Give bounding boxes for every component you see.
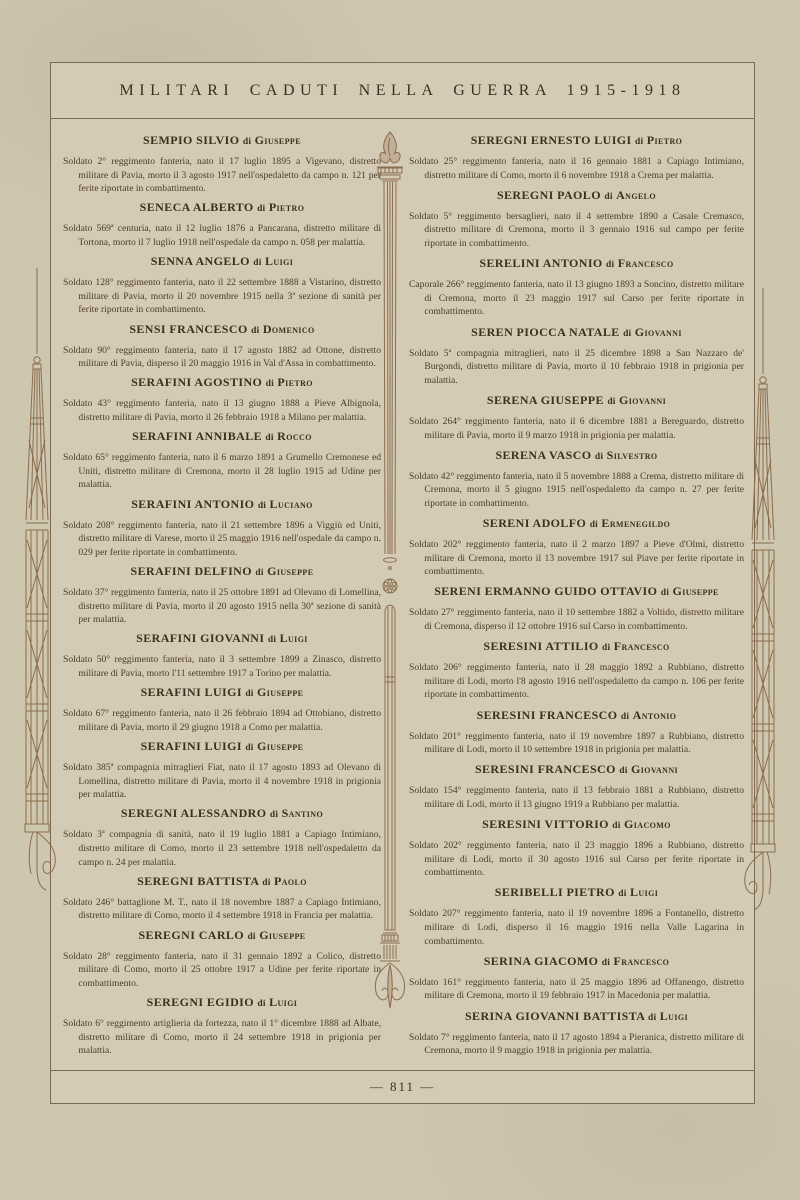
soldier-entry: SERENI ADOLFO di Ermenegildo Soldato 202… — [409, 516, 744, 579]
name-connector: di — [247, 932, 255, 942]
soldier-name: SEREGNI EGIDIO — [147, 995, 254, 1009]
soldier-record-text: Soldato 201° reggimento fanteria, nato i… — [409, 730, 744, 757]
soldier-name: SENSI FRANCESCO — [129, 322, 247, 336]
soldier-entry: SENSI FRANCESCO di Domenico Soldato 90° … — [63, 322, 381, 371]
right-column: SEREGNI ERNESTO LUIGI di Pietro Soldato … — [409, 133, 744, 1058]
name-connector: di — [606, 260, 614, 270]
father-name: Luigi — [265, 254, 293, 268]
soldier-name-heading: SEREGNI PAOLO di Angelo — [409, 188, 744, 203]
soldier-record-text: Soldato 5ª compagnia mitraglieri, nato i… — [409, 347, 744, 388]
footer-band: — 811 — — [51, 1070, 754, 1103]
name-connector: di — [604, 192, 612, 202]
father-name: Santino — [282, 806, 323, 820]
father-name: Antonio — [633, 708, 677, 722]
soldier-name-heading: SEREN PIOCCA NATALE di Giovanni — [409, 325, 744, 340]
soldier-entry: SERINA GIACOMO di Francesco Soldato 161°… — [409, 954, 744, 1003]
scanned-paper-background: MILITARI CADUTI NELLA GUERRA 1915-1918 S… — [0, 0, 800, 1200]
soldier-record-text: Soldato 67° reggimento fanteria, nato il… — [63, 707, 381, 734]
soldier-entry: SENECA ALBERTO di Pietro Soldato 569ª ce… — [63, 200, 381, 249]
father-name: Luciano — [270, 497, 313, 511]
soldier-name: SERESINI FRANCESCO — [475, 762, 616, 776]
soldier-record-text: Soldato 202° reggimento fanteria, nato i… — [409, 538, 744, 579]
father-name: Pietro — [269, 200, 305, 214]
soldier-record-text: Soldato 7° reggimento fanteria, nato il … — [409, 1031, 744, 1058]
soldier-entry: SERAFINI LUIGI di Giuseppe Soldato 385ª … — [63, 739, 381, 802]
father-name: Francesco — [614, 639, 670, 653]
soldier-name-heading: SERELINI ANTONIO di Francesco — [409, 256, 744, 271]
soldier-name-heading: SERAFINI AGOSTINO di Pietro — [63, 375, 381, 390]
father-name: Ermenegildo — [601, 516, 670, 530]
soldier-record-text: Soldato 50° reggimento fanteria, nato il… — [63, 653, 381, 680]
father-name: Giacomo — [624, 817, 671, 831]
father-name: Paolo — [274, 874, 307, 888]
name-connector: di — [257, 204, 265, 214]
soldier-name-heading: SERAFINI ANNIBALE di Rocco — [63, 429, 381, 444]
page-title: MILITARI CADUTI NELLA GUERRA 1915-1918 — [120, 82, 686, 100]
soldier-entry: SENNA ANGELO di Luigi Soldato 128° reggi… — [63, 254, 381, 317]
soldier-name-heading: SENSI FRANCESCO di Domenico — [63, 322, 381, 337]
soldier-record-text: Soldato 37° reggimento fanteria, nato il… — [63, 586, 381, 627]
soldier-record-text: Soldato 206° reggimento fanteria, nato i… — [409, 661, 744, 702]
soldier-record-text: Soldato 43° reggimento fanteria, nato il… — [63, 397, 381, 424]
name-connector: di — [266, 379, 274, 389]
soldier-record-text: Soldato 128° reggimento fanteria, nato i… — [63, 276, 381, 317]
soldier-name-heading: SEREGNI ERNESTO LUIGI di Pietro — [409, 133, 744, 148]
soldier-name: SERESINI VITTORIO — [482, 817, 609, 831]
soldier-name: SERESINI FRANCESCO — [477, 708, 618, 722]
soldier-record-text: Soldato 6° reggimento artiglieria da for… — [63, 1017, 381, 1058]
soldier-name: SERAFINI AGOSTINO — [131, 375, 262, 389]
soldier-name: SERAFINI GIOVANNI — [136, 631, 264, 645]
father-name: Luigi — [269, 995, 297, 1009]
soldier-name: SERELINI ANTONIO — [479, 256, 602, 270]
father-name: Pietro — [277, 375, 313, 389]
soldier-entry: SERESINI FRANCESCO di Antonio Soldato 20… — [409, 708, 744, 757]
page-frame: MILITARI CADUTI NELLA GUERRA 1915-1918 S… — [50, 62, 755, 1104]
name-connector: di — [619, 766, 627, 776]
soldier-record-text: Soldato 5° reggimento bersaglieri, nato … — [409, 210, 744, 251]
soldier-entry: SEREGNI PAOLO di Angelo Soldato 5° reggi… — [409, 188, 744, 251]
soldier-record-text: Soldato 154° reggimento fanteria, nato i… — [409, 784, 744, 811]
soldier-name: SENECA ALBERTO — [140, 200, 254, 214]
father-name: Giovanni — [631, 762, 678, 776]
soldier-record-text: Soldato 28° reggimento fanteria, nato il… — [63, 950, 381, 991]
soldier-name: SERAFINI DELFINO — [131, 564, 252, 578]
soldier-record-text: Soldato 202° reggimento fanteria, nato i… — [409, 839, 744, 880]
page-content: SEMPIO SILVIO di Giuseppe Soldato 2° reg… — [51, 119, 754, 1070]
name-connector: di — [255, 568, 263, 578]
soldier-entry: SERAFINI AGOSTINO di Pietro Soldato 43° … — [63, 375, 381, 424]
soldier-name-heading: SERESINI VITTORIO di Giacomo — [409, 817, 744, 832]
father-name: Pietro — [647, 133, 683, 147]
soldier-entry: SEREGNI ALESSANDRO di Santino Soldato 3ª… — [63, 806, 381, 869]
soldier-entry: SERAFINI GIOVANNI di Luigi Soldato 50° r… — [63, 631, 381, 680]
soldier-name: SENNA ANGELO — [151, 254, 250, 268]
name-connector: di — [258, 501, 266, 511]
father-name: Giuseppe — [259, 928, 305, 942]
soldier-name: SERENA GIUSEPPE — [487, 393, 604, 407]
father-name: Luigi — [660, 1009, 688, 1023]
name-connector: di — [251, 326, 259, 336]
soldier-name-heading: SERESINI ATTILIO di Francesco — [409, 639, 744, 654]
soldier-name-heading: SERESINI FRANCESCO di Giovanni — [409, 762, 744, 777]
name-connector: di — [612, 821, 620, 831]
left-column: SEMPIO SILVIO di Giuseppe Soldato 2° reg… — [63, 133, 381, 1058]
soldier-record-text: Soldato 569ª centuria, nato il 12 luglio… — [63, 222, 381, 249]
father-name: Angelo — [616, 188, 656, 202]
name-connector: di — [270, 810, 278, 820]
soldier-name-heading: SERENI ADOLFO di Ermenegildo — [409, 516, 744, 531]
soldier-record-text: Soldato 385ª compagnia mitraglieri Fiat,… — [63, 761, 381, 802]
soldier-entry: SEREGNI EGIDIO di Luigi Soldato 6° reggi… — [63, 995, 381, 1058]
soldier-name-heading: SERAFINI ANTONIO di Luciano — [63, 497, 381, 512]
name-connector: di — [265, 433, 273, 443]
father-name: Domenico — [263, 322, 315, 336]
soldier-name: SERESINI ATTILIO — [483, 639, 598, 653]
name-connector: di — [607, 397, 615, 407]
soldier-name-heading: SEREGNI EGIDIO di Luigi — [63, 995, 381, 1010]
soldier-name: SERAFINI LUIGI — [141, 739, 242, 753]
soldier-name: SERENI ERMANNO GUIDO OTTAVIO — [434, 584, 657, 598]
soldier-entry: SEREN PIOCCA NATALE di Giovanni Soldato … — [409, 325, 744, 388]
father-name: Giuseppe — [255, 133, 301, 147]
soldier-record-text: Soldato 2° reggimento fanteria, nato il … — [63, 155, 381, 196]
name-connector: di — [602, 643, 610, 653]
soldier-record-text: Soldato 27° reggimento fanteria, nato il… — [409, 606, 744, 633]
soldier-entry: SEREGNI ERNESTO LUIGI di Pietro Soldato … — [409, 133, 744, 182]
father-name: Giovanni — [635, 325, 682, 339]
soldier-name: SERAFINI ANNIBALE — [132, 429, 262, 443]
soldier-record-text: Soldato 246° battaglione M. T., nato il … — [63, 896, 381, 923]
father-name: Giuseppe — [257, 685, 303, 699]
soldier-name-heading: SERAFINI LUIGI di Giuseppe — [63, 739, 381, 754]
soldier-name-heading: SEREGNI BATTISTA di Paolo — [63, 874, 381, 889]
name-connector: di — [621, 712, 629, 722]
soldier-name-heading: SENNA ANGELO di Luigi — [63, 254, 381, 269]
name-connector: di — [623, 329, 631, 339]
soldier-entry: SERAFINI ANNIBALE di Rocco Soldato 65° r… — [63, 429, 381, 492]
soldier-name: SEREGNI BATTISTA — [137, 874, 259, 888]
soldier-name: SEREN PIOCCA NATALE — [471, 325, 620, 339]
father-name: Giuseppe — [672, 584, 718, 598]
soldier-entry: SERIBELLI PIETRO di Luigi Soldato 207° r… — [409, 885, 744, 948]
name-connector: di — [595, 452, 603, 462]
soldier-entry: SEREGNI CARLO di Giuseppe Soldato 28° re… — [63, 928, 381, 991]
soldier-entry: SERESINI VITTORIO di Giacomo Soldato 202… — [409, 817, 744, 880]
soldier-record-text: Soldato 208° reggimento fanteria, nato i… — [63, 519, 381, 560]
father-name: Luigi — [630, 885, 658, 899]
soldier-name: SERENA VASCO — [495, 448, 591, 462]
soldier-record-text: Soldato 65° reggimento fanteria, nato il… — [63, 451, 381, 492]
soldier-entry: SERAFINI ANTONIO di Luciano Soldato 208°… — [63, 497, 381, 560]
name-connector: di — [648, 1013, 656, 1023]
soldier-entry: SERINA GIOVANNI BATTISTA di Luigi Soldat… — [409, 1009, 744, 1058]
soldier-record-text: Soldato 42° reggimento fanteria, nato il… — [409, 470, 744, 511]
soldier-name-heading: SERAFINI DELFINO di Giuseppe — [63, 564, 381, 579]
soldier-record-text: Soldato 3ª compagnia di sanità, nato il … — [63, 828, 381, 869]
soldier-entry: SERESINI ATTILIO di Francesco Soldato 20… — [409, 639, 744, 702]
soldier-record-text: Soldato 25° reggimento fanteria, nato il… — [409, 155, 744, 182]
name-connector: di — [268, 635, 276, 645]
name-connector: di — [602, 958, 610, 968]
soldier-name-heading: SERINA GIACOMO di Francesco — [409, 954, 744, 969]
father-name: Francesco — [618, 256, 674, 270]
soldier-name: SEREGNI ALESSANDRO — [121, 806, 267, 820]
father-name: Giovanni — [619, 393, 666, 407]
soldier-name-heading: SERENA VASCO di Silvestro — [409, 448, 744, 463]
soldier-name: SERAFINI LUIGI — [141, 685, 242, 699]
soldier-record-text: Soldato 264° reggimento fanteria, nato i… — [409, 415, 744, 442]
soldier-name-heading: SERAFINI LUIGI di Giuseppe — [63, 685, 381, 700]
header-band: MILITARI CADUTI NELLA GUERRA 1915-1918 — [51, 63, 754, 119]
soldier-name: SERINA GIACOMO — [484, 954, 599, 968]
soldier-name: SERENI ADOLFO — [483, 516, 587, 530]
soldier-entry: SERENA GIUSEPPE di Giovanni Soldato 264°… — [409, 393, 744, 442]
father-name: Francesco — [613, 954, 669, 968]
soldier-record-text: Soldato 207° reggimento fanteria, nato i… — [409, 907, 744, 948]
soldier-name-heading: SERENA GIUSEPPE di Giovanni — [409, 393, 744, 408]
soldier-name-heading: SEMPIO SILVIO di Giuseppe — [63, 133, 381, 148]
soldier-name-heading: SERAFINI GIOVANNI di Luigi — [63, 631, 381, 646]
soldier-entry: SERESINI FRANCESCO di Giovanni Soldato 1… — [409, 762, 744, 811]
soldier-name: SERIBELLI PIETRO — [495, 885, 615, 899]
name-connector: di — [257, 999, 265, 1009]
soldier-entry: SEMPIO SILVIO di Giuseppe Soldato 2° reg… — [63, 133, 381, 196]
name-connector: di — [245, 743, 253, 753]
soldier-name-heading: SERENI ERMANNO GUIDO OTTAVIO di Giuseppe — [409, 584, 744, 599]
name-connector: di — [618, 889, 626, 899]
name-connector: di — [243, 137, 251, 147]
soldier-name: SERINA GIOVANNI BATTISTA — [465, 1009, 645, 1023]
page-number: — 811 — — [370, 1079, 436, 1095]
soldier-record-text: Soldato 161° reggimento fanteria, nato i… — [409, 976, 744, 1003]
name-connector: di — [661, 588, 669, 598]
soldier-entry: SEREGNI BATTISTA di Paolo Soldato 246° b… — [63, 874, 381, 923]
soldier-name: SEREGNI CARLO — [138, 928, 244, 942]
soldier-entry: SERENI ERMANNO GUIDO OTTAVIO di Giuseppe… — [409, 584, 744, 633]
name-connector: di — [635, 137, 643, 147]
soldier-entry: SERELINI ANTONIO di Francesco Caporale 2… — [409, 256, 744, 319]
father-name: Luigi — [280, 631, 308, 645]
father-name: Silvestro — [607, 448, 658, 462]
soldier-name-heading: SEREGNI CARLO di Giuseppe — [63, 928, 381, 943]
soldier-name: SEREGNI ERNESTO LUIGI — [471, 133, 632, 147]
soldier-name: SEREGNI PAOLO — [497, 188, 601, 202]
soldier-name-heading: SERINA GIOVANNI BATTISTA di Luigi — [409, 1009, 744, 1024]
father-name: Rocco — [277, 429, 312, 443]
soldier-name-heading: SERESINI FRANCESCO di Antonio — [409, 708, 744, 723]
father-name: Giuseppe — [257, 739, 303, 753]
soldier-entry: SERENA VASCO di Silvestro Soldato 42° re… — [409, 448, 744, 511]
soldier-record-text: Soldato 90° reggimento fanteria, nato il… — [63, 344, 381, 371]
name-connector: di — [262, 878, 270, 888]
father-name: Giuseppe — [267, 564, 313, 578]
soldier-name-heading: SERIBELLI PIETRO di Luigi — [409, 885, 744, 900]
name-connector: di — [245, 689, 253, 699]
soldier-name-heading: SENECA ALBERTO di Pietro — [63, 200, 381, 215]
soldier-name-heading: SEREGNI ALESSANDRO di Santino — [63, 806, 381, 821]
soldier-entry: SERAFINI DELFINO di Giuseppe Soldato 37°… — [63, 564, 381, 627]
soldier-name: SEMPIO SILVIO — [143, 133, 239, 147]
name-connector: di — [253, 258, 261, 268]
soldier-entry: SERAFINI LUIGI di Giuseppe Soldato 67° r… — [63, 685, 381, 734]
soldier-name: SERAFINI ANTONIO — [131, 497, 254, 511]
name-connector: di — [590, 520, 598, 530]
soldier-record-text: Caporale 266° reggimento fanteria, nato … — [409, 278, 744, 319]
